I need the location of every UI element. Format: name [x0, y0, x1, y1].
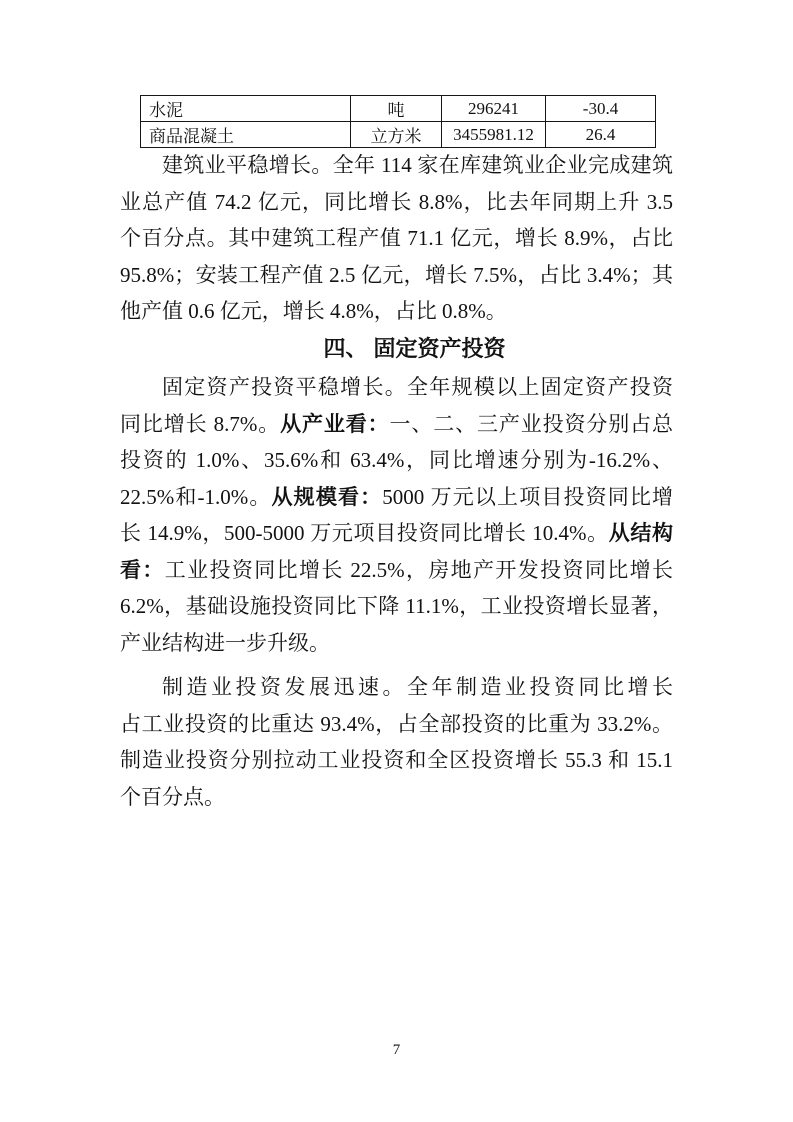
body-text: 同比增长 8.7%。: [120, 412, 280, 436]
value-cell: 3455981.12: [442, 122, 546, 148]
emphasis-text: 从结构: [609, 522, 673, 545]
emphasis-text: 看：: [120, 559, 165, 582]
text-line: 个百分点。其中建筑工程产值 71.1 亿元，增长 8.9%，占比: [120, 220, 673, 257]
unit-cell: 立方米: [351, 122, 442, 148]
text-line: 建筑业平稳增长。全年 114 家在库建筑业企业完成建筑: [120, 147, 673, 184]
text-line: 22.5%和-1.0%。从规模看：5000 万元以上项目投资同比增: [120, 479, 673, 516]
body-text: 占工业投资的比重达 93.4%，占全部投资的比重为 33.2%。: [120, 712, 673, 736]
body-text: 制造业投资发展迅速。全年制造业投资同比增长 21.9%，: [120, 675, 673, 706]
products-table: 水泥吨296241-30.4商品混凝土立方米3455981.1226.4: [140, 95, 656, 148]
text-line: 占工业投资的比重达 93.4%，占全部投资的比重为 33.2%。: [120, 706, 673, 743]
section-heading: 四、 固定资产投资: [120, 330, 673, 367]
product-name-cell: 商品混凝土: [141, 122, 351, 148]
paragraph-fixed-asset-investment: 固定资产投资平稳增长。全年规模以上固定资产投资同比增长 8.7%。从产业看：一、…: [120, 369, 673, 661]
emphasis-text: 从规模看：: [272, 486, 383, 509]
growth-cell: -30.4: [546, 96, 656, 122]
table-row: 商品混凝土立方米3455981.1226.4: [141, 122, 656, 148]
text-line: 投资的 1.0%、35.6%和 63.4%，同比增速分别为-16.2%、: [120, 442, 673, 479]
body-text: 一、二、三产业投资分别占总: [390, 412, 674, 436]
products-table-body: 水泥吨296241-30.4商品混凝土立方米3455981.1226.4: [141, 96, 656, 148]
text-line: 固定资产投资平稳增长。全年规模以上固定资产投资: [120, 369, 673, 406]
body-text: 工业投资同比增长 22.5%，房地产开发投资同比增长: [165, 558, 673, 582]
body-text: 他产值 0.6 亿元，增长 4.8%，占比 0.8%。: [120, 299, 507, 323]
text-line: 95.8%；安装工程产值 2.5 亿元，增长 7.5%，占比 3.4%；其: [120, 257, 673, 294]
text-line: 制造业投资发展迅速。全年制造业投资同比增长 21.9%，: [120, 669, 673, 706]
body-text: 6.2%，基础设施投资同比下降 11.1%，工业投资增长显著，: [120, 594, 673, 618]
body-text: 投资的 1.0%、35.6%和 63.4%，同比增速分别为-16.2%、: [120, 448, 673, 472]
body-text: 22.5%和-1.0%。: [120, 485, 272, 509]
body-text: 个百分点。其中建筑工程产值 71.1 亿元，增长 8.9%，占比: [120, 226, 673, 250]
document-page: 水泥吨296241-30.4商品混凝土立方米3455981.1226.4 建筑业…: [0, 0, 793, 1122]
page-number: 7: [0, 1040, 793, 1060]
body-text: 制造业投资分别拉动工业投资和全区投资增长 55.3 和 15.1: [120, 748, 673, 772]
text-line: 产业结构进一步升级。: [120, 625, 673, 662]
text-line: 6.2%，基础设施投资同比下降 11.1%，工业投资增长显著，: [120, 588, 673, 625]
text-line: 同比增长 8.7%。从产业看：一、二、三产业投资分别占总: [120, 406, 673, 443]
body-text: 业总产值 74.2 亿元，同比增长 8.8%，比去年同期上升 3.5: [120, 190, 673, 214]
emphasis-text: 从产业看：: [280, 413, 389, 436]
paragraph-construction-industry: 建筑业平稳增长。全年 114 家在库建筑业企业完成建筑业总产值 74.2 亿元，…: [120, 147, 673, 330]
value-cell: 296241: [442, 96, 546, 122]
text-line: 看：工业投资同比增长 22.5%，房地产开发投资同比增长: [120, 552, 673, 589]
text-line: 个百分点。: [120, 779, 673, 816]
text-line: 长 14.9%，500-5000 万元项目投资同比增长 10.4%。从结构: [120, 515, 673, 552]
table-row: 水泥吨296241-30.4: [141, 96, 656, 122]
text-line: 业总产值 74.2 亿元，同比增长 8.8%，比去年同期上升 3.5: [120, 184, 673, 221]
body-text: 5000 万元以上项目投资同比增: [382, 485, 673, 509]
body-text: 95.8%；安装工程产值 2.5 亿元，增长 7.5%，占比 3.4%；其: [120, 263, 673, 287]
paragraph-manufacturing-investment: 制造业投资发展迅速。全年制造业投资同比增长 21.9%，占工业投资的比重达 93…: [120, 669, 673, 815]
growth-cell: 26.4: [546, 122, 656, 148]
body-text: 建筑业平稳增长。全年 114 家在库建筑业企业完成建筑: [162, 153, 673, 177]
body-text: 固定资产投资平稳增长。全年规模以上固定资产投资: [162, 375, 673, 399]
text-line: 制造业投资分别拉动工业投资和全区投资增长 55.3 和 15.1: [120, 742, 673, 779]
unit-cell: 吨: [351, 96, 442, 122]
body-text: 产业结构进一步升级。: [120, 631, 330, 655]
product-name-cell: 水泥: [141, 96, 351, 122]
body-text: 长 14.9%，500-5000 万元项目投资同比增长 10.4%。: [120, 521, 609, 545]
text-line: 他产值 0.6 亿元，增长 4.8%，占比 0.8%。: [120, 293, 673, 330]
body-text: 个百分点。: [120, 785, 225, 809]
